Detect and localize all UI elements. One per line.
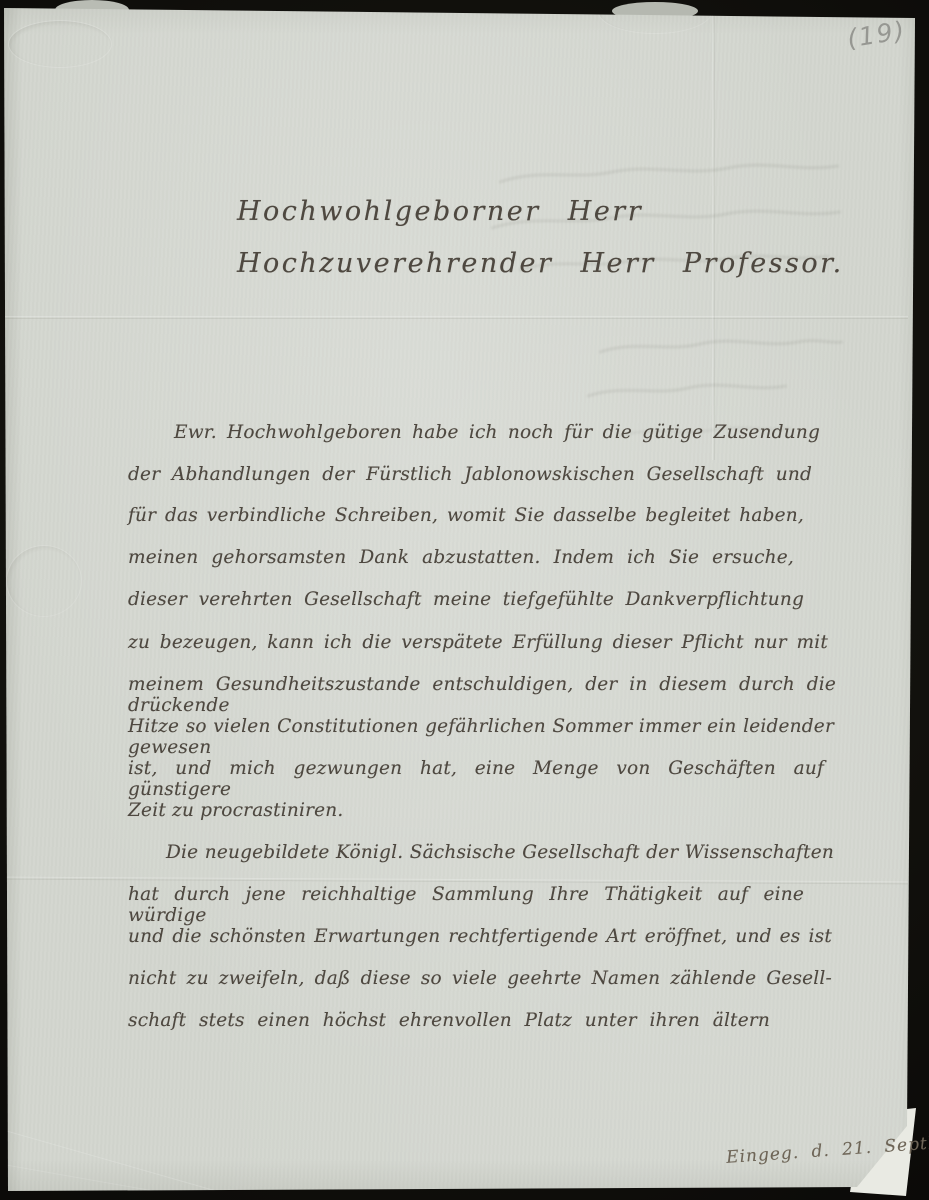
letter-line: Die neugebildete Königl. Sächsische Gese… bbox=[128, 842, 834, 872]
letter-line: meinen gehorsamsten Dank abzustatten. In… bbox=[128, 547, 794, 577]
salutation-line-2: Hochzuverehrender Herr Professor. bbox=[237, 248, 844, 279]
letter-line: der Abhandlungen der Fürstlich Jablonows… bbox=[128, 464, 812, 494]
letter-line: Hitze so vielen Constitutionen gefährlic… bbox=[128, 716, 834, 746]
letter-line: ist, und mich gezwungen hat, eine Menge … bbox=[128, 758, 824, 788]
letter-scan-page: (19) Hochwohlgeborner Herr Hochzuverehre… bbox=[0, 0, 929, 1200]
letter-line: nicht zu zweifeln, daß diese so viele ge… bbox=[128, 968, 832, 998]
letter-line: zu bezeugen, kann ich die verspätete Erf… bbox=[128, 632, 828, 662]
letter-line: für das verbindliche Schreiben, womit Si… bbox=[128, 505, 804, 535]
letter-line: schaft stets einen höchst ehrenvollen Pl… bbox=[128, 1010, 770, 1040]
letter-line: dieser verehrten Gesellschaft meine tief… bbox=[128, 589, 804, 619]
letter-line: und die schönsten Erwartungen rechtferti… bbox=[128, 926, 832, 956]
letter-line: meinem Gesundheitszustande entschuldigen… bbox=[128, 674, 836, 704]
salutation-line-1: Hochwohlgeborner Herr bbox=[237, 196, 643, 227]
letter-line: Ewr. Hochwohlgeboren habe ich noch für d… bbox=[128, 422, 820, 452]
letter-line: hat durch jene reichhaltige Sammlung Ihr… bbox=[128, 884, 804, 914]
letter-line: Zeit zu procrastiniren. bbox=[128, 800, 344, 821]
